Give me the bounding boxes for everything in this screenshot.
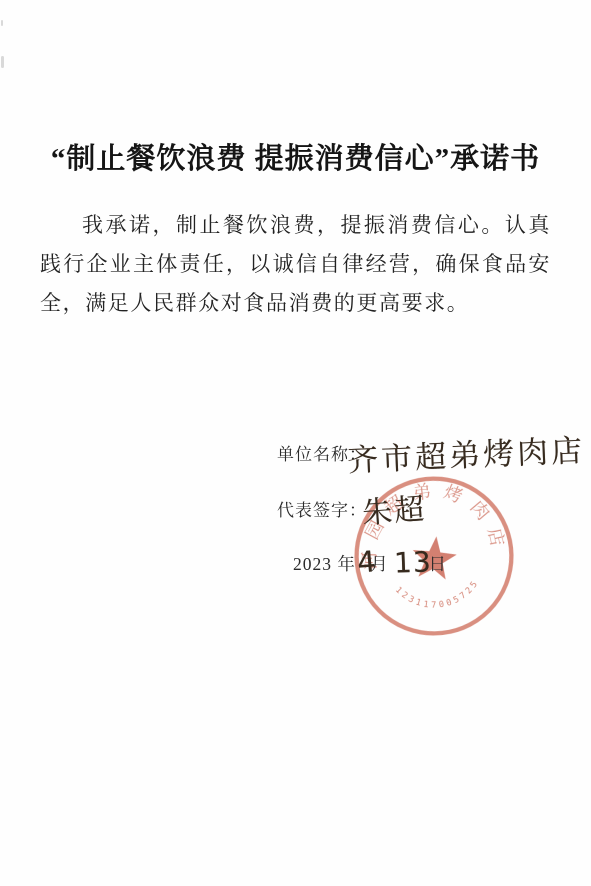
seal-registration-code: 123117005725: [392, 577, 484, 615]
scanned-pledge-document: “制止餐饮浪费 提振消费信心”承诺书 我承诺，制止餐饮浪费，提振消费信心。认真践…: [0, 0, 591, 886]
pledge-paragraph: 我承诺，制止餐饮浪费，提振消费信心。认真践行企业主体责任，以诚信自律经营，确保食…: [40, 206, 551, 323]
scan-speck: [1, 20, 3, 26]
date-line: 2023 年4月13日: [293, 543, 447, 577]
date-year: 2023: [293, 554, 332, 574]
date-month-handwritten: 4: [356, 544, 378, 580]
representative-signature-handwritten: 朱超: [361, 484, 428, 532]
document-title: “制止餐饮浪费 提振消费信心”承诺书: [0, 136, 591, 177]
unit-name-handwritten: 齐市超弟烤肉店: [346, 425, 586, 480]
scan-speck: [1, 56, 4, 68]
date-day-handwritten: 13: [393, 545, 432, 579]
date-year-unit: 年: [332, 554, 356, 574]
